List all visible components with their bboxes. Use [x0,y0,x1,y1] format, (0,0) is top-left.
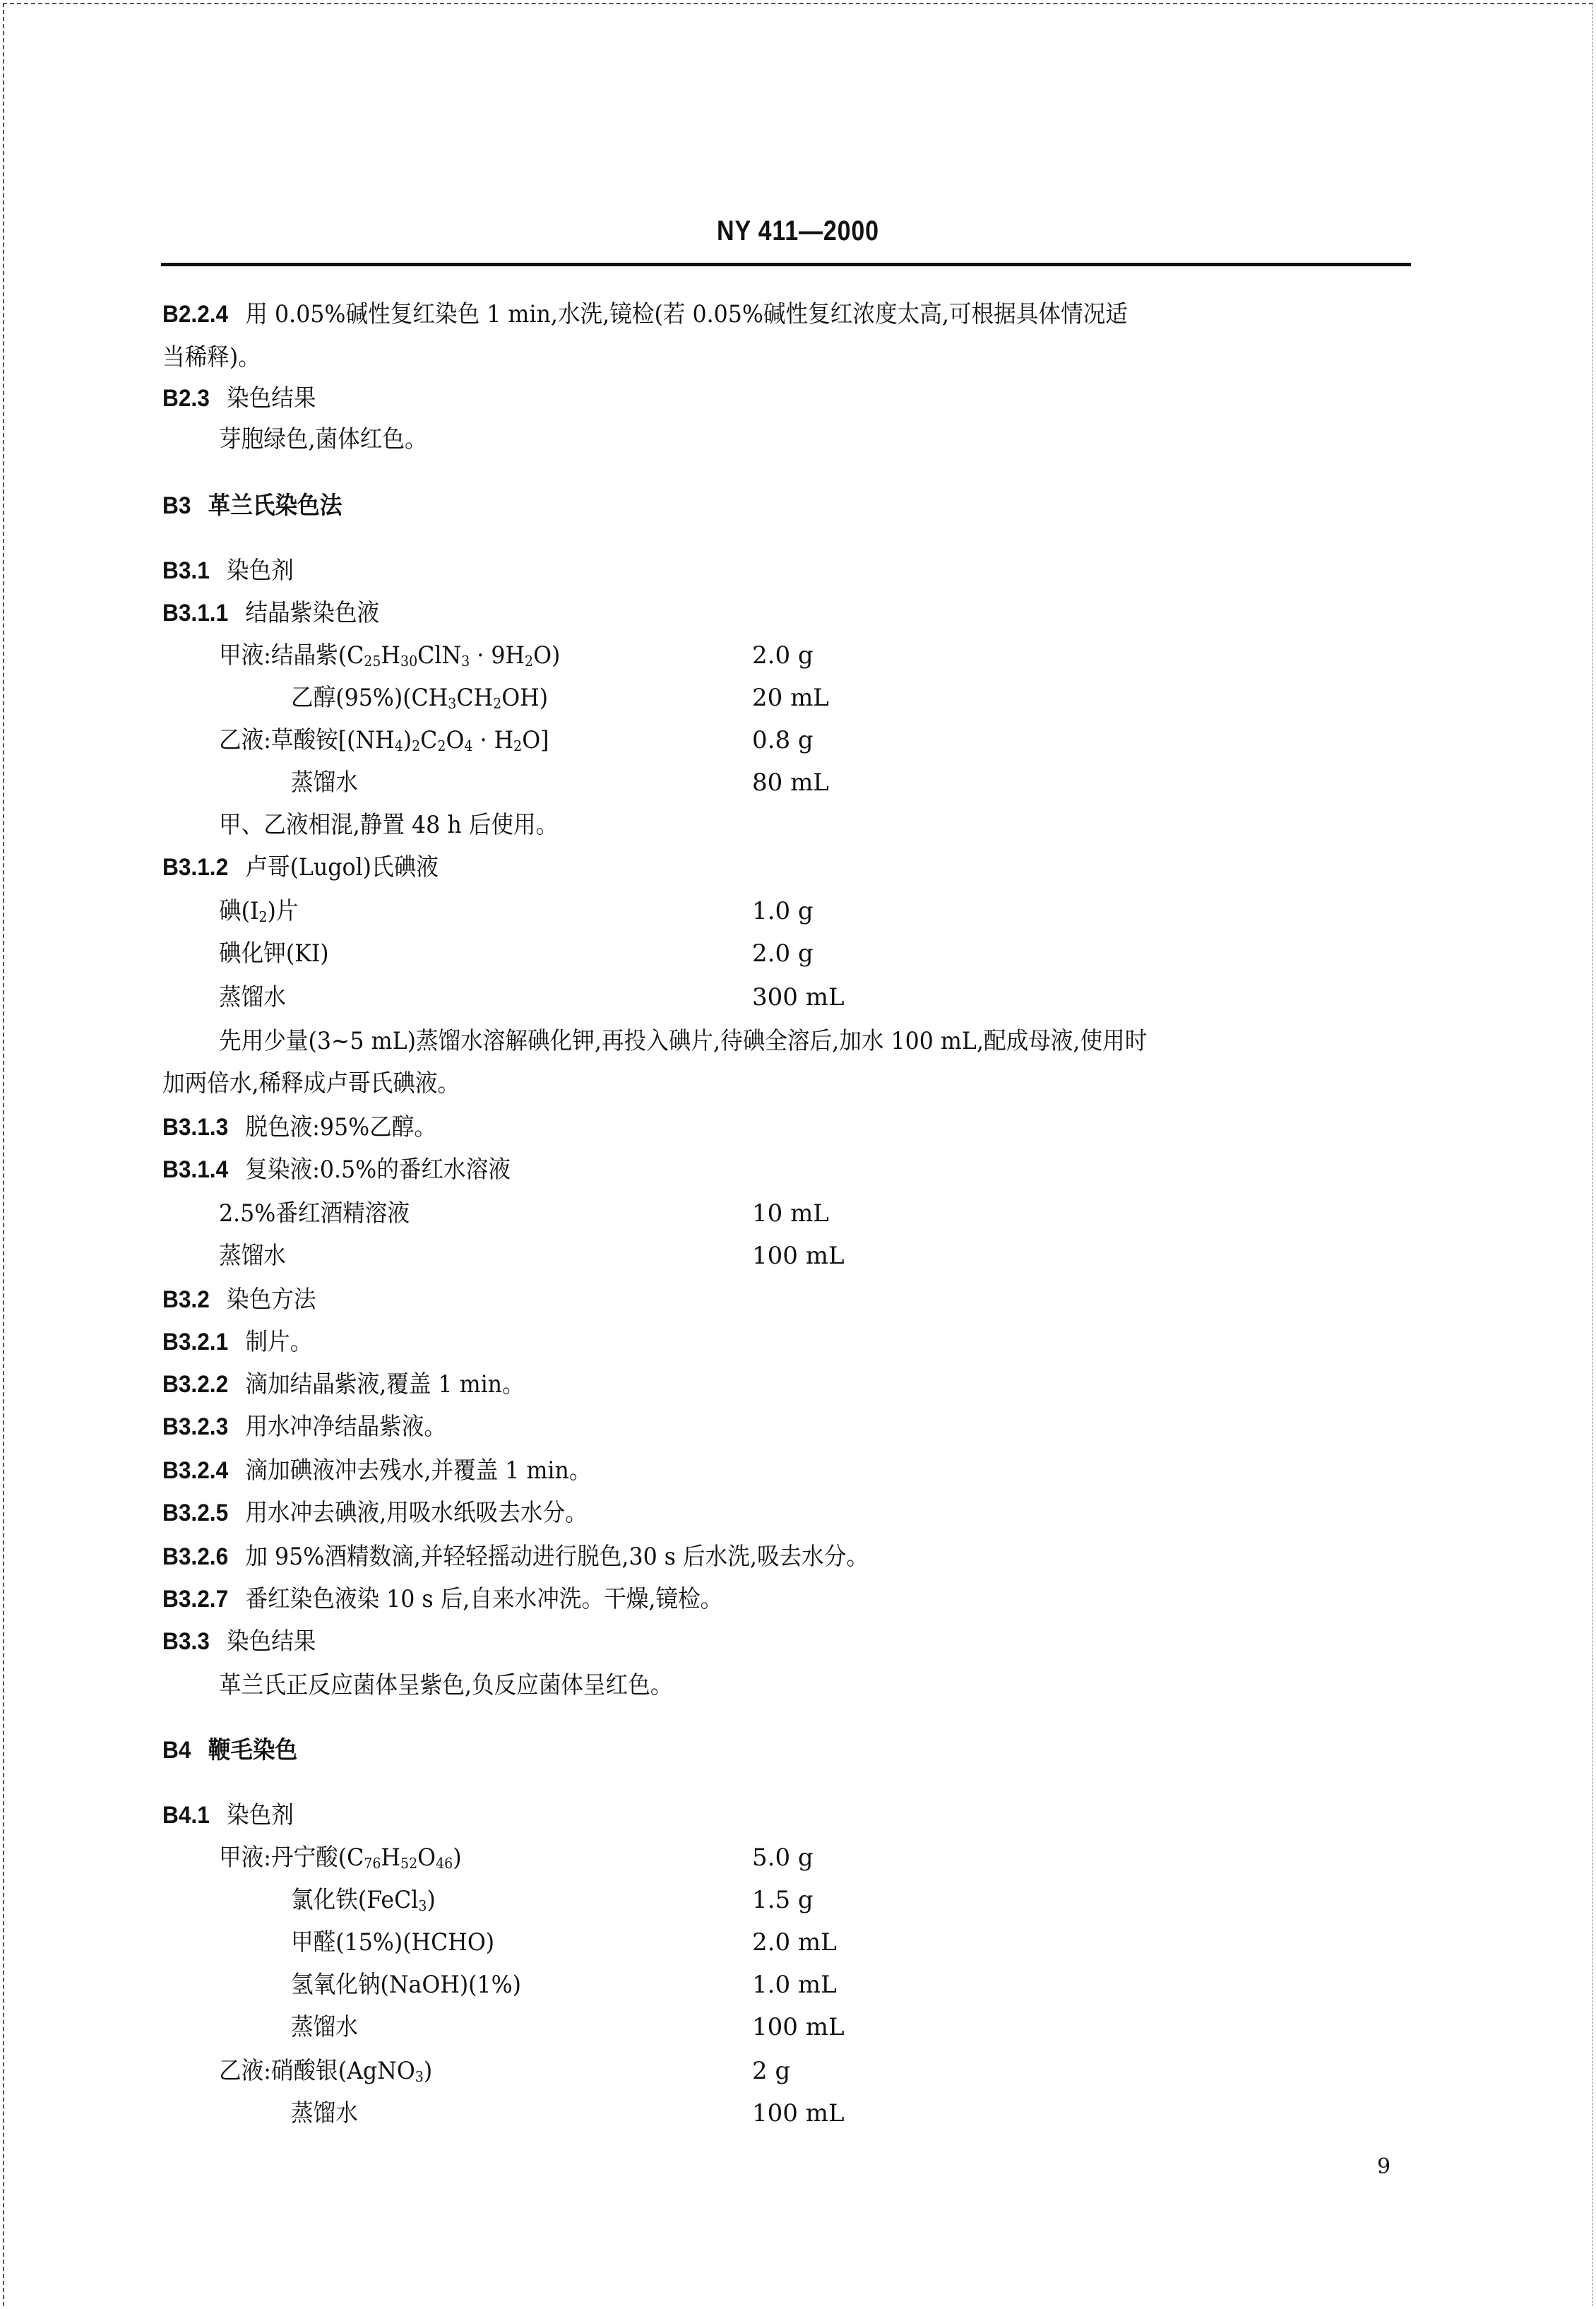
clause-number: B2.2.4 [162,299,228,330]
clause-text: 滴加碘液冲去残水,并覆盖 1 min。 [245,1456,591,1485]
reagent-row: 甲液:丹宁酸(C76H52O46) [219,1842,462,1879]
clause-b2-2-4-cont: 当稀释)。 [162,342,261,373]
reagent-row: 蒸馏水 [219,1240,286,1271]
clause-text: 制片。 [245,1328,312,1356]
clause-b3-1-2: B3.1.2卢哥(Lugol)氏碘液 [162,852,439,883]
solution-label: 甲液: [219,641,271,670]
reagent-row: 氯化铁(FeCl3) [291,1884,436,1921]
clause-text: 用水冲净结晶紫液。 [245,1413,446,1441]
reagent-row: 乙醇(95%)(CH3CH2OH) [291,682,548,719]
clause-text: 复染液:0.5%的番红水溶液 [245,1156,511,1184]
reagent-amount: 1.0 mL [752,1969,837,2000]
reagent-amount: 10 mL [752,1198,829,1229]
clause-b3-2: B3.2染色方法 [162,1284,316,1315]
clause-text: 用水冲去碘液,用吸水纸吸去水分。 [245,1499,587,1527]
clause-number: B3.1.2 [162,852,228,883]
clause-text: 染色方法 [227,1286,316,1314]
reagent-row: 碘(I2)片 [219,896,298,932]
clause-text: 番红染色液染 10 s 后,自来水冲洗。干燥,镜检。 [245,1585,722,1613]
section-title: 革兰氏染色法 [208,492,343,520]
solution-label: 乙液: [219,726,271,754]
solution-label: 乙液: [219,2057,271,2085]
clause-b2-2-4: B2.2.4用 0.05%碱性复红染色 1 min,水洗,镜检(若 0.05%碱… [162,299,1128,330]
reagent-row: 碘化钾(KI) [219,938,329,969]
reagent-amount: 100 mL [752,2012,845,2043]
solution-label: 甲液: [219,1844,271,1872]
clause-b3-1-1: B3.1.1结晶紫染色液 [162,598,379,629]
reagent-row: 蒸馏水 [219,982,286,1013]
header-rule [161,263,1411,266]
reagent-amount: 100 mL [752,1240,845,1271]
paragraph-text: 芽胞绿色,菌体红色。 [219,425,427,453]
clause-b3-2-6: B3.2.6加 95%酒精数滴,并轻轻摇动进行脱色,30 s 后水洗,吸去水分。 [162,1541,869,1572]
clause-b3-2-2: B3.2.2滴加结晶紫液,覆盖 1 min。 [162,1369,525,1400]
clause-number: B3.2.6 [162,1541,228,1572]
clause-number: B4.1 [162,1800,210,1831]
section-heading-b4: B4鞭毛染色 [162,1735,297,1766]
clause-b2-3: B2.3染色结果 [162,383,316,414]
clause-number: B3.2.7 [162,1584,228,1615]
clause-number: B3.1.1 [162,598,228,629]
clause-text: 染色剂 [227,1801,294,1829]
clause-b3-2-4: B3.2.4滴加碘液冲去残水,并覆盖 1 min。 [162,1455,592,1486]
clause-text: 滴加结晶紫液,覆盖 1 min。 [245,1370,524,1399]
reagent-row: 甲液:结晶紫(C25H30ClN3 · 9H2O) [219,640,560,677]
clause-number: B3.1.3 [162,1112,228,1143]
reagent-amount: 80 mL [752,767,829,798]
clause-number: B3.2 [162,1284,210,1315]
reagent-row: 乙液:硝酸银(AgNO3) [219,2055,432,2092]
section-number: B4 [162,1735,191,1766]
clause-number: B3.2.1 [162,1326,228,1358]
result-text: 革兰氏正反应菌体呈紫色,负反应菌体呈红色。 [219,1670,672,1701]
reagent-row: 甲醛(15%)(HCHO) [291,1927,494,1958]
clause-number: B3.3 [162,1626,210,1657]
reagent-amount: 2 g [752,2055,790,2087]
reagent-amount: 20 mL [752,682,829,713]
clause-b3-2-5: B3.2.5用水冲去碘液,用吸水纸吸去水分。 [162,1497,588,1529]
reagent-amount: 0.8 g [752,725,814,756]
reagent-amount: 2.0 mL [752,1927,837,1958]
clause-b3-2-3: B3.2.3用水冲净结晶紫液。 [162,1411,446,1442]
reagent-amount: 1.5 g [752,1884,814,1916]
reagent-amount: 5.0 g [752,1842,814,1873]
page-number: 9 [1377,2154,1390,2179]
reagent-row: 乙液:草酸铵[(NH4)2C2O4 · H2O] [219,725,549,761]
clause-number: B3.1.4 [162,1154,228,1185]
clause-number: B3.2.4 [162,1455,228,1486]
reagent-row: 氢氧化钠(NaOH)(1%) [291,1969,521,2000]
clause-number: B3.1 [162,555,210,586]
clause-b3-2-1: B3.2.1制片。 [162,1326,312,1358]
reagent-amount: 300 mL [752,982,845,1013]
clause-text: 加 95%酒精数滴,并轻轻摇动进行脱色,30 s 后水洗,吸去水分。 [245,1543,869,1571]
clause-b3-2-7: B3.2.7番红染色液染 10 s 后,自来水冲洗。干燥,镜检。 [162,1584,722,1615]
clause-b3-1: B3.1染色剂 [162,555,294,586]
clause-b3-3: B3.3染色结果 [162,1626,316,1657]
clause-text: 染色剂 [227,557,294,585]
standard-header: NY 411—2000 [120,215,1477,247]
clause-text: 卢哥(Lugol)氏碘液 [245,853,439,882]
clause-number: B3.2.5 [162,1497,228,1529]
section-number: B3 [162,490,191,521]
note-text: 甲、乙液相混,静置 48 h 后使用。 [219,809,558,841]
clause-text: 染色结果 [227,1627,316,1656]
clause-text: 脱色液:95%乙醇。 [245,1113,436,1141]
reagent-amount: 2.0 g [752,938,814,969]
clause-number: B2.3 [162,383,210,414]
clause-text: 染色结果 [227,384,316,412]
reagent-row: 蒸馏水 [291,2098,358,2129]
section-heading-b3: B3革兰氏染色法 [162,490,342,521]
paragraph-text: 先用少量(3~5 mL)蒸馏水溶解碘化钾,再投入碘片,待碘全溶后,加水 100 … [219,1026,1147,1057]
reagent-amount: 2.0 g [752,640,814,671]
reagent-amount: 100 mL [752,2098,845,2129]
reagent-amount: 1.0 g [752,896,814,927]
clause-b3-1-4: B3.1.4复染液:0.5%的番红水溶液 [162,1154,511,1185]
paragraph-text: 加两倍水,稀释成卢哥氏碘液。 [162,1068,460,1099]
reagent-row: 蒸馏水 [291,767,358,798]
reagent-row: 2.5%番红酒精溶液 [219,1198,410,1229]
clause-text: 当稀释)。 [162,343,261,372]
result-text: 芽胞绿色,菌体红色。 [219,424,427,455]
clause-b3-1-3: B3.1.3脱色液:95%乙醇。 [162,1112,436,1143]
clause-text: 结晶紫染色液 [245,599,379,627]
clause-number: B3.2.3 [162,1411,228,1442]
clause-b4-1: B4.1染色剂 [162,1800,294,1831]
clause-text: 用 0.05%碱性复红染色 1 min,水洗,镜检(若 0.05%碱性复红浓度太… [245,300,1128,328]
reagent-row: 蒸馏水 [291,2012,358,2043]
section-title: 鞭毛染色 [208,1736,297,1764]
clause-number: B3.2.2 [162,1369,228,1400]
